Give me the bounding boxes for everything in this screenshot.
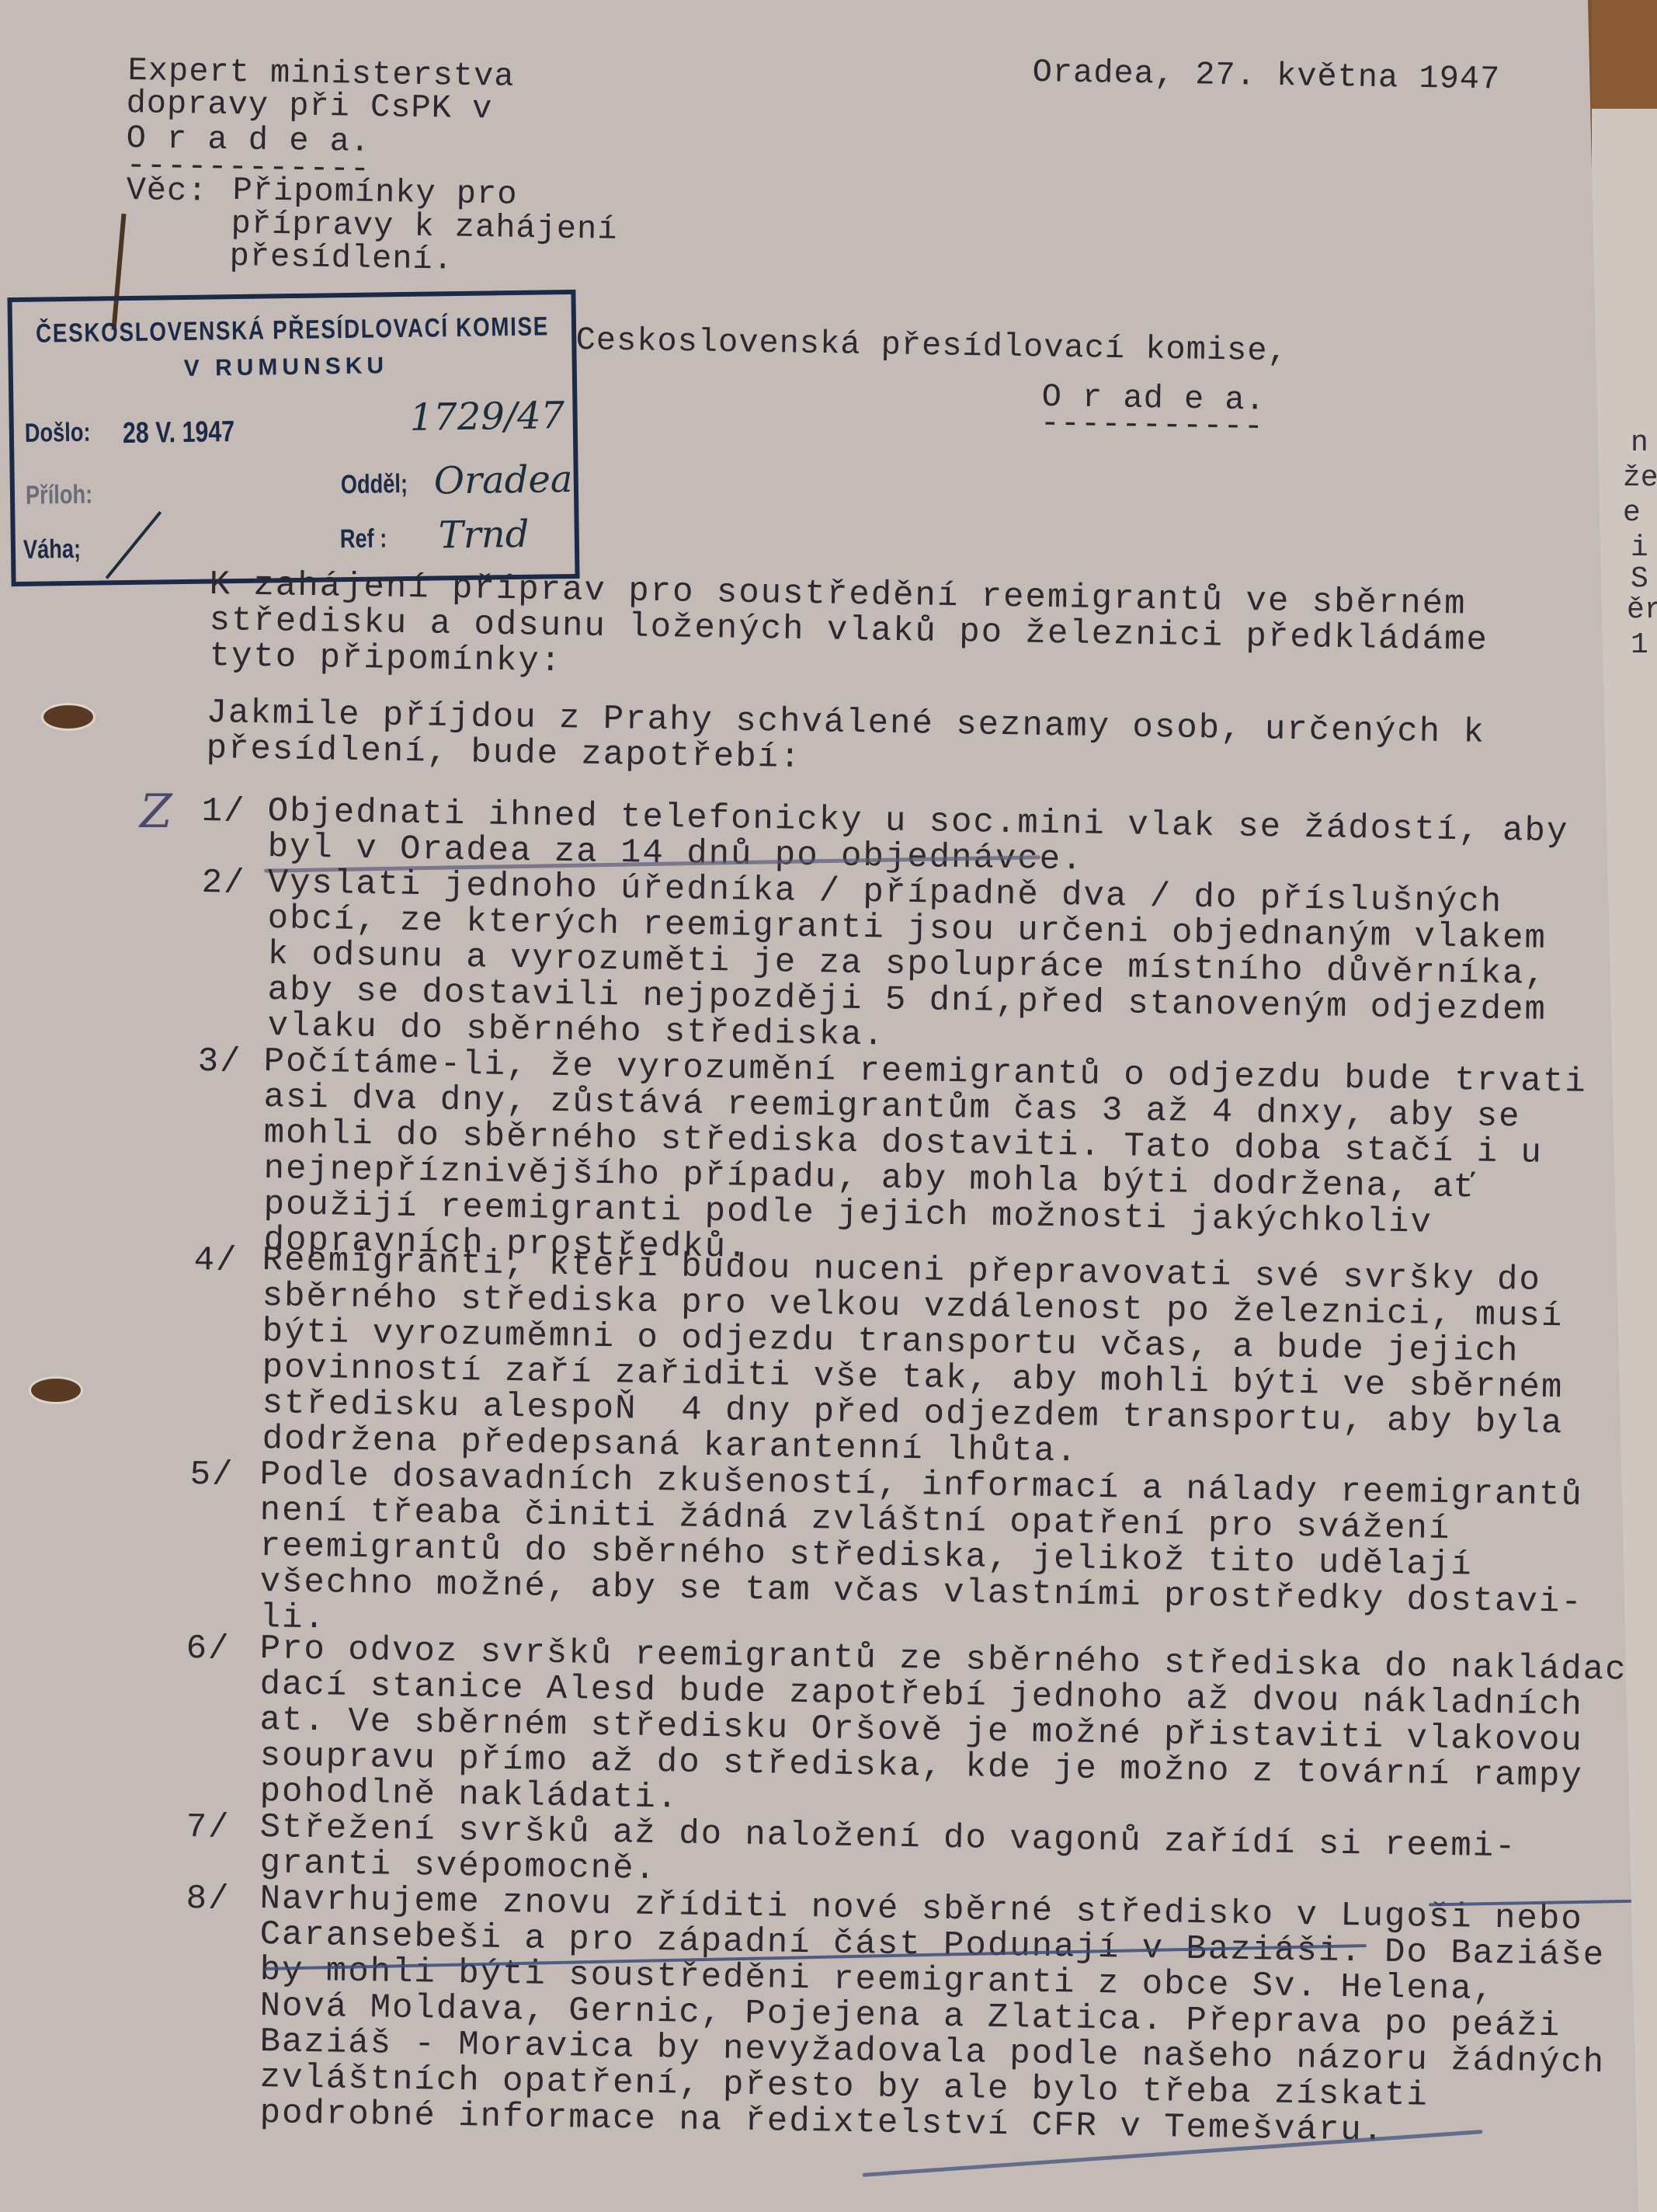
lead-line-2: přesídlení, bude zapotřebí: <box>206 731 802 776</box>
item-number: 7/ <box>186 1810 231 1846</box>
stamp-received-label: Došlo: <box>25 418 91 449</box>
stamp-number: 1729/47 <box>409 394 564 440</box>
stamp-title: ČESKOSLOVENSKÁ PŘESÍDLOVACÍ KOMISE <box>36 311 549 349</box>
stamp-slash-mark <box>106 511 162 579</box>
underlying-fragment: n <box>1631 427 1648 460</box>
stamp-department: Oradea <box>433 457 572 503</box>
received-stamp: ČESKOSLOVENSKÁ PŘESÍDLOVACÍ KOMISE V RUM… <box>7 290 579 586</box>
underlying-fragment: že <box>1623 462 1657 495</box>
punch-hole <box>31 1379 81 1402</box>
underlying-fragment: 1 <box>1631 629 1648 662</box>
subject-line-3: přesídlení. <box>229 238 453 278</box>
date-line: Oradea, 27. května 1947 <box>1032 54 1500 97</box>
stamp-received-date: 28 V. 1947 <box>123 416 235 450</box>
item-number: 4/ <box>193 1243 238 1279</box>
stamp-attachments-label: Příloh: <box>26 480 93 511</box>
margin-pencil-note: Z <box>140 784 172 839</box>
item-number: 2/ <box>201 865 246 902</box>
item-number: 3/ <box>197 1044 242 1080</box>
underlying-fragment: i <box>1631 532 1648 565</box>
punch-hole <box>43 705 93 729</box>
item-number: 5/ <box>189 1457 234 1494</box>
stamp-subtitle: V RUMUNSKU <box>184 353 389 382</box>
stamp-department-label: Odděl; <box>341 469 408 500</box>
underlying-fragment: ěr <box>1627 594 1657 627</box>
underlying-fragment: e <box>1623 497 1641 530</box>
item-number: 6/ <box>186 1631 231 1668</box>
desk-surface <box>1592 0 1657 117</box>
item-number: 1/ <box>201 794 246 830</box>
subject-label: Věc: <box>126 172 208 210</box>
item-number: 8/ <box>186 1881 231 1918</box>
recipient-underline: ----------- <box>1040 405 1264 445</box>
recipient-line-1: Ceskoslovenská přesídlovací komise, <box>575 322 1288 369</box>
document-page: Expert ministerstva dopravy při CsPK v O… <box>0 0 1638 2212</box>
stamp-ref-label: Ref : <box>340 523 387 555</box>
stamp-weight-label: Váha; <box>23 534 82 565</box>
stamp-ref: Trnd <box>438 513 529 558</box>
intro-line-3: tyto připomínky: <box>209 638 562 680</box>
underlying-fragment: S <box>1631 563 1648 596</box>
